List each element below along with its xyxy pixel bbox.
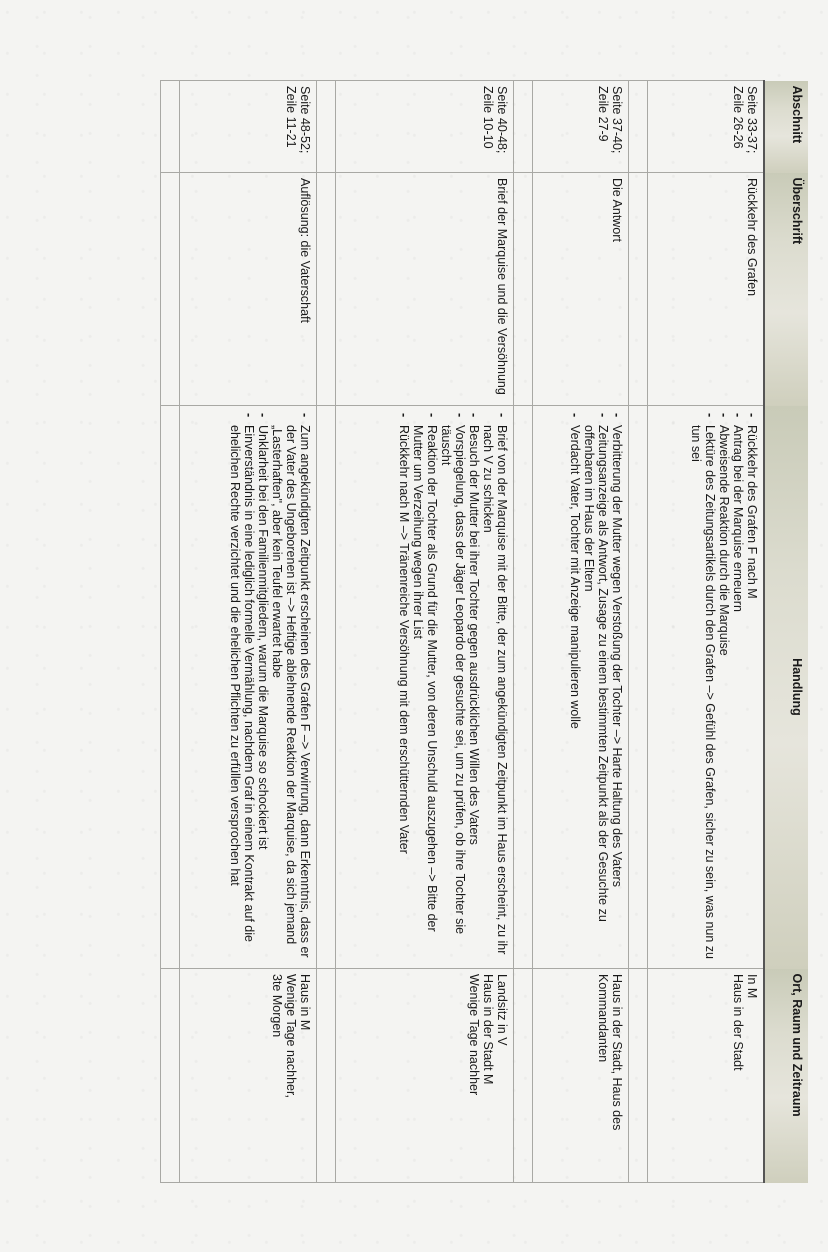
spacer-cell bbox=[513, 406, 532, 969]
spacer-row bbox=[513, 81, 532, 1183]
cell-handlung: Rückkehr des Grafen F nach MAntrag bei d… bbox=[647, 406, 764, 969]
list-item: Rückkehr nach M –> Tränenreiche Versöhnu… bbox=[397, 425, 411, 963]
list-item: Besuch der Mutter bei ihrer Tochter gege… bbox=[467, 425, 481, 963]
abschnitt-line: Seite 48-52; bbox=[298, 86, 312, 167]
handlung-list: Rückkehr des Grafen F nach MAntrag bei d… bbox=[689, 411, 759, 963]
list-item: Verdacht Vater, Tochter mit Anzeige mani… bbox=[568, 425, 582, 963]
cell-ort: In MHaus in der Stadt bbox=[647, 969, 764, 1183]
header-ueberschrift: Überschrift bbox=[764, 173, 808, 406]
handlung-list: Zum angekündigten Zeitpunkt erscheinen d… bbox=[228, 411, 312, 963]
abschnitt-line: Zeile 26-26 bbox=[731, 86, 745, 167]
list-item: Verbitterung der Mutter wegen Verstoßung… bbox=[610, 425, 624, 963]
cell-handlung: Brief von der Marquise mit der Bitte, de… bbox=[335, 406, 513, 969]
ort-line: Haus in der Stadt M bbox=[481, 974, 495, 1177]
list-item: Zeitungsanzeige als Antwort, Zusage zu e… bbox=[582, 425, 610, 963]
header-ort: Ort, Raum und Zeitraum bbox=[764, 969, 808, 1183]
cell-handlung: Zum angekündigten Zeitpunkt erscheinen d… bbox=[180, 406, 317, 969]
table-row: Seite 33-37;Zeile 26-26Rückkehr des Graf… bbox=[647, 81, 764, 1183]
spacer-cell bbox=[316, 81, 335, 173]
spacer-row bbox=[316, 81, 335, 1183]
scanned-page: Abschnitt Überschrift Handlung Ort, Raum… bbox=[160, 80, 808, 1182]
cell-ueberschrift: Brief der Marquise und die Versöhnung bbox=[335, 173, 513, 406]
spacer-cell bbox=[513, 173, 532, 406]
spacer-cell bbox=[316, 406, 335, 969]
list-item: Rückkehr des Grafen F nach M bbox=[745, 425, 759, 963]
spacer-cell bbox=[161, 173, 180, 406]
cell-abschnitt: Seite 48-52;Zeile 11-21 bbox=[180, 81, 317, 173]
spacer-cell bbox=[628, 173, 647, 406]
cell-ueberschrift: Auflösung: die Vaterschaft bbox=[180, 173, 317, 406]
summary-table: Abschnitt Überschrift Handlung Ort, Raum… bbox=[160, 80, 808, 1183]
ort-line: Wenige Tage nachher, bbox=[284, 974, 298, 1177]
spacer-cell bbox=[316, 173, 335, 406]
list-item: Lektüre des Zeitungsartikels durch den G… bbox=[689, 425, 717, 963]
spacer-cell bbox=[161, 969, 180, 1183]
cell-handlung: Verbitterung der Mutter wegen Verstoßung… bbox=[532, 406, 628, 969]
abschnitt-line: Seite 37-40; bbox=[610, 86, 624, 167]
abschnitt-line: Zeile 27-9 bbox=[596, 86, 610, 167]
abschnitt-line: Zeile 11-21 bbox=[284, 86, 298, 167]
list-item: Antrag bei der Marquise erneuern bbox=[731, 425, 745, 963]
ort-line: Landsitz in V bbox=[495, 974, 509, 1177]
ort-line: Wenige Tage nachher bbox=[467, 974, 481, 1177]
cell-abschnitt: Seite 33-37;Zeile 26-26 bbox=[647, 81, 764, 173]
ort-line: Haus in der Stadt bbox=[731, 974, 745, 1177]
cell-ueberschrift: Die Antwort bbox=[532, 173, 628, 406]
ort-line: Haus in der Stadt, Haus des Kommandanten bbox=[596, 974, 624, 1177]
cell-ort: Landsitz in VHaus in der Stadt MWenige T… bbox=[335, 969, 513, 1183]
table-row: Seite 40-48;Zeile 10-10Brief der Marquis… bbox=[335, 81, 513, 1183]
spacer-cell bbox=[628, 969, 647, 1183]
list-item: Unklarheit bei den Familienmitgliedern, … bbox=[256, 425, 270, 963]
spacer-cell bbox=[161, 81, 180, 173]
spacer-cell bbox=[513, 969, 532, 1183]
cell-abschnitt: Seite 37-40;Zeile 27-9 bbox=[532, 81, 628, 173]
handlung-list: Brief von der Marquise mit der Bitte, de… bbox=[397, 411, 509, 963]
ort-line: 3te Morgen bbox=[270, 974, 284, 1177]
handlung-list: Verbitterung der Mutter wegen Verstoßung… bbox=[568, 411, 624, 963]
list-item: Abweisende Reaktion durch die Marquise bbox=[717, 425, 731, 963]
spacer-cell bbox=[316, 969, 335, 1183]
spacer-cell bbox=[628, 81, 647, 173]
cell-ort: Haus in MWenige Tage nachher,3te Morgen bbox=[180, 969, 317, 1183]
list-item: Vorspiegelung, dass der Jäger Leopardo d… bbox=[439, 425, 467, 963]
abschnitt-line: Seite 40-48; bbox=[495, 86, 509, 167]
cell-ort: Haus in der Stadt, Haus des Kommandanten bbox=[532, 969, 628, 1183]
cell-ueberschrift: Rückkehr des Grafen bbox=[647, 173, 764, 406]
list-item: Brief von der Marquise mit der Bitte, de… bbox=[481, 425, 509, 963]
abschnitt-line: Seite 33-37; bbox=[745, 86, 759, 167]
list-item: Einverständnis in eine lediglich formell… bbox=[228, 425, 256, 963]
spacer-cell bbox=[513, 81, 532, 173]
ort-line: In M bbox=[745, 974, 759, 1177]
list-item: Zum angekündigten Zeitpunkt erscheinen d… bbox=[270, 425, 312, 963]
spacer-row bbox=[161, 81, 180, 1183]
spacer-cell bbox=[628, 406, 647, 969]
spacer-cell bbox=[161, 406, 180, 969]
list-item: Reaktion der Tochter als Grund für die M… bbox=[411, 425, 439, 963]
abschnitt-line: Zeile 10-10 bbox=[481, 86, 495, 167]
table-row: Seite 48-52;Zeile 11-21Auflösung: die Va… bbox=[180, 81, 317, 1183]
ort-line: Haus in M bbox=[298, 974, 312, 1177]
header-handlung: Handlung bbox=[764, 406, 808, 969]
table-row: Seite 37-40;Zeile 27-9Die AntwortVerbitt… bbox=[532, 81, 628, 1183]
header-row: Abschnitt Überschrift Handlung Ort, Raum… bbox=[764, 81, 808, 1183]
cell-abschnitt: Seite 40-48;Zeile 10-10 bbox=[335, 81, 513, 173]
header-abschnitt: Abschnitt bbox=[764, 81, 808, 173]
spacer-row bbox=[628, 81, 647, 1183]
